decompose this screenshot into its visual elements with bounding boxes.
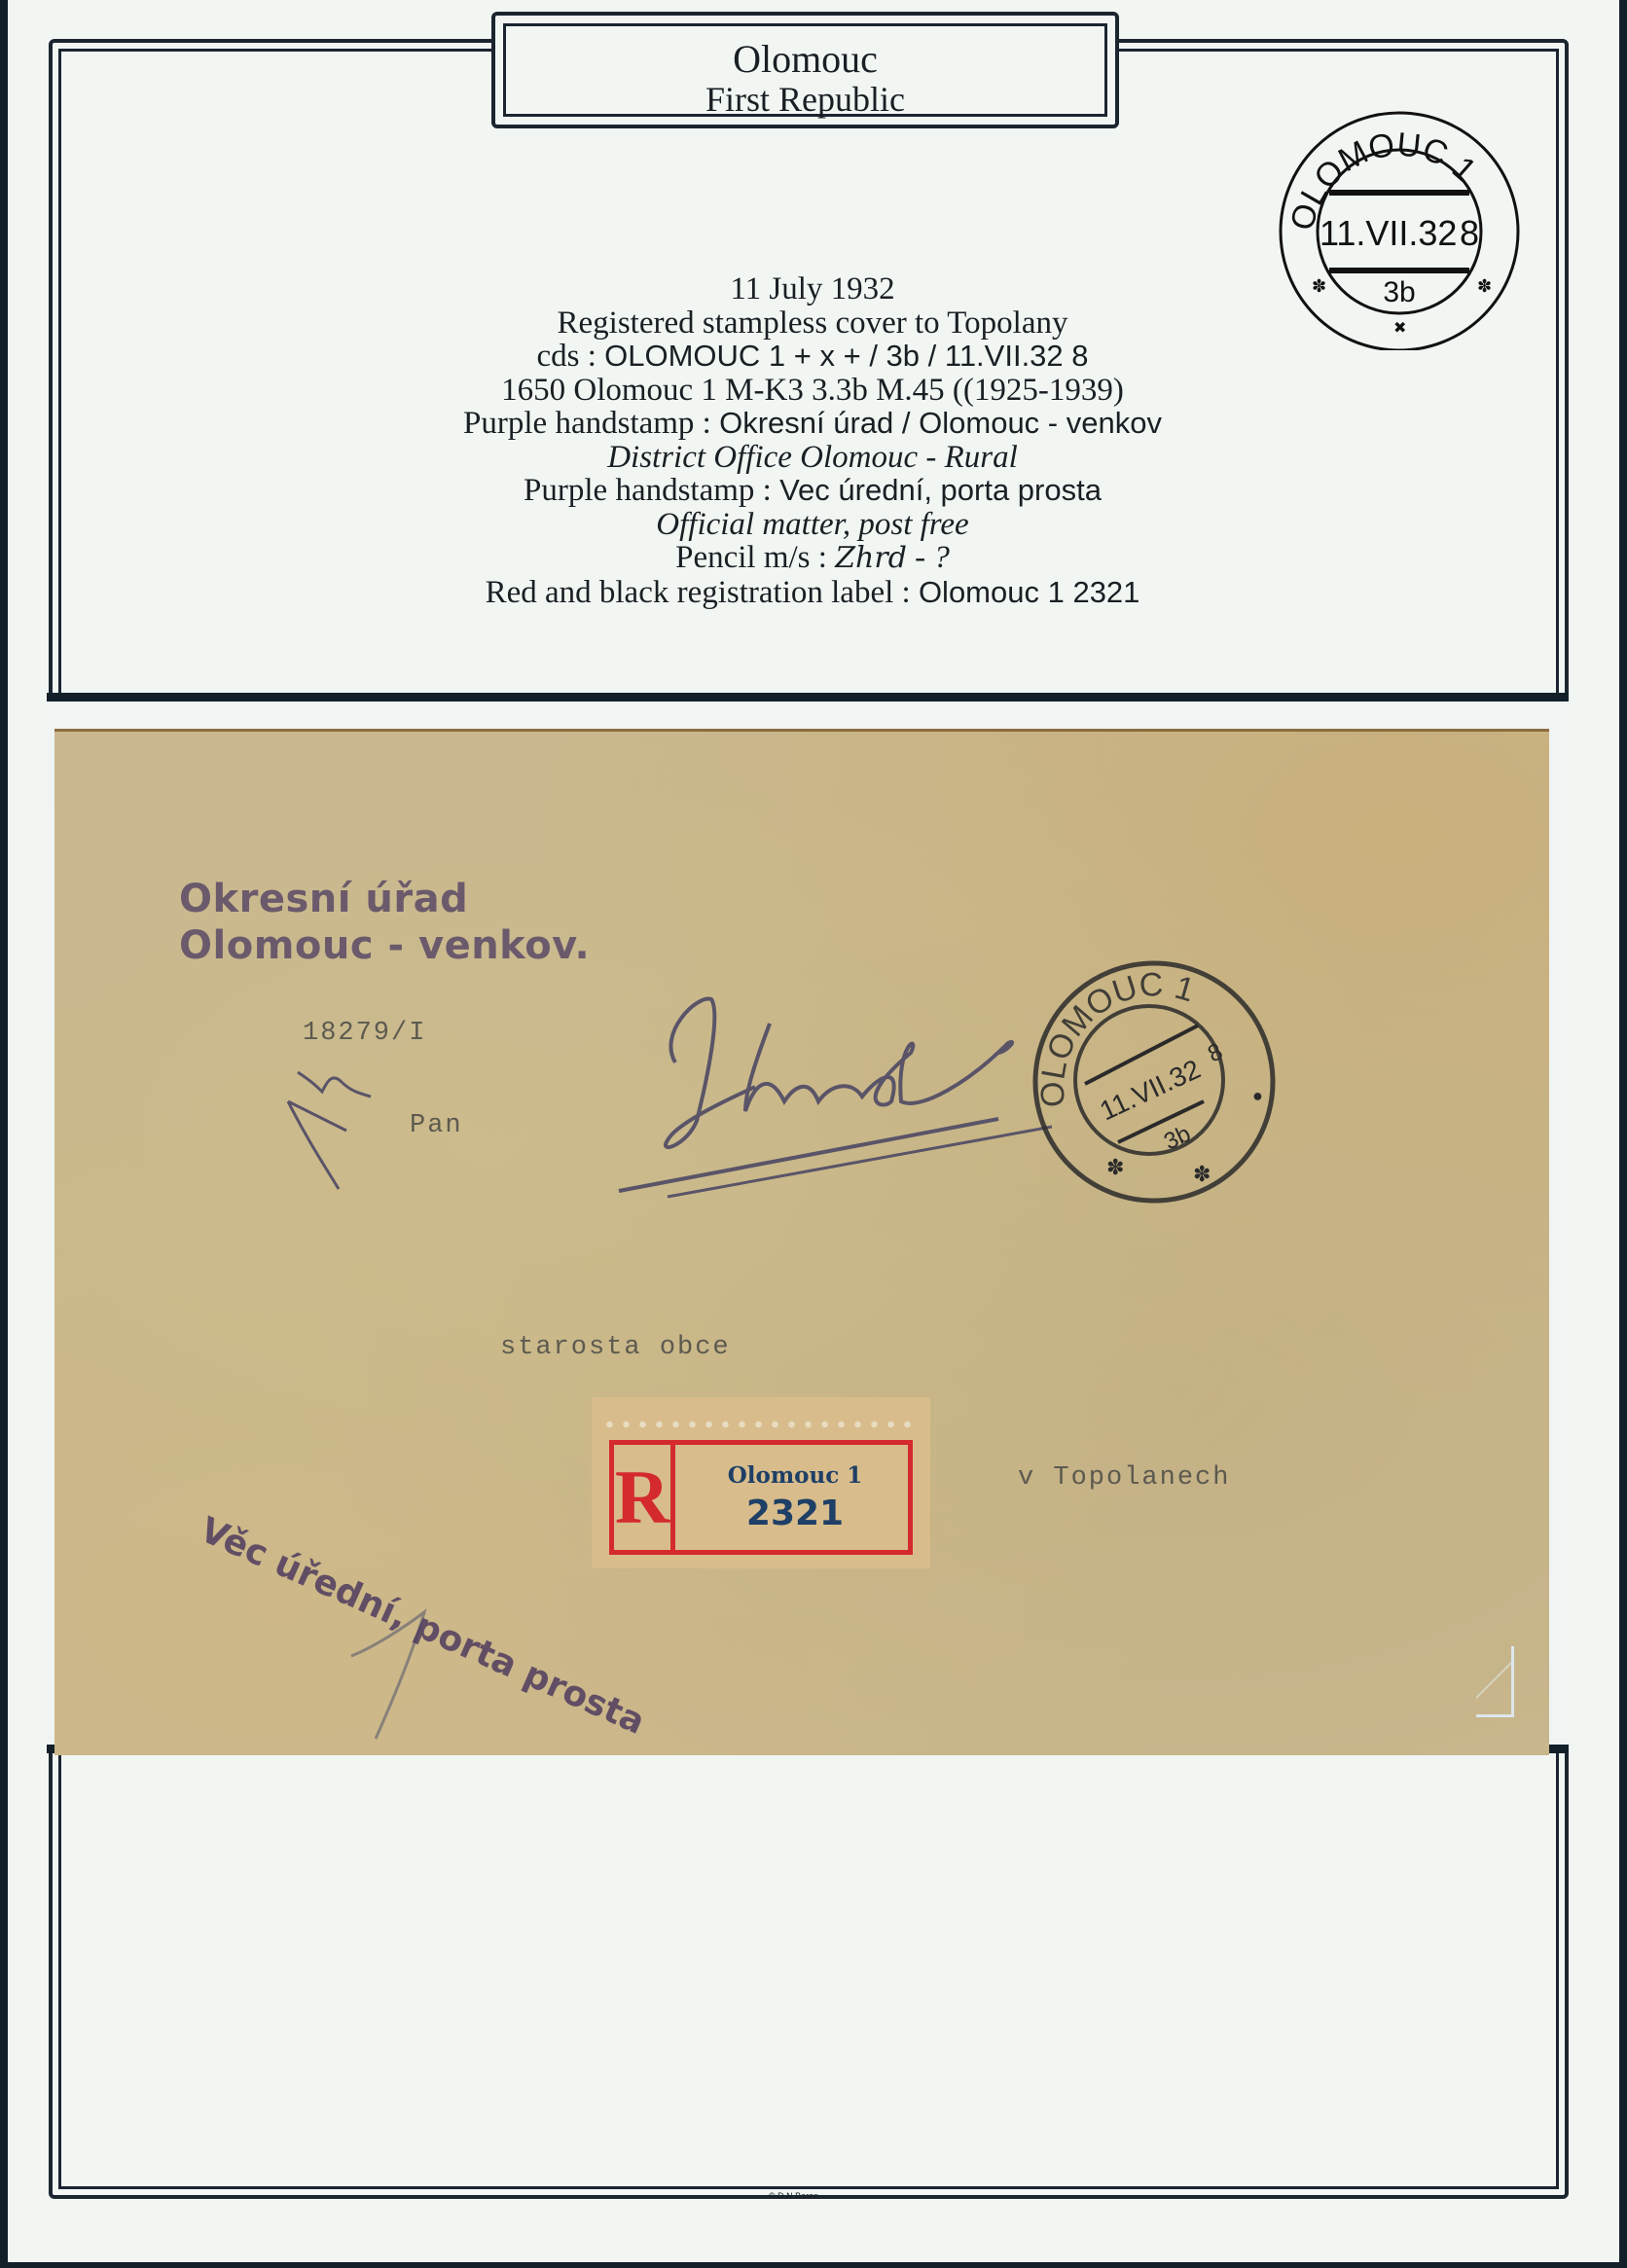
scan-edge-bottom xyxy=(0,2262,1627,2268)
registration-number: 2321 xyxy=(682,1494,908,1533)
pencil-label: Pencil m/s : xyxy=(675,540,835,575)
registration-office: Olomouc 1 xyxy=(682,1462,908,1489)
svg-text:11.VII.32: 11.VII.32 xyxy=(1095,1054,1205,1127)
svg-text:✽: ✽ xyxy=(1193,1162,1211,1186)
scan-edge-left xyxy=(0,0,8,2268)
envelope-cover: Okresní úřad Olomouc - venkov. 18279/I P… xyxy=(54,729,1549,1755)
registration-label: R Olomouc 1 2321 xyxy=(592,1397,930,1568)
svg-text:8: 8 xyxy=(1204,1038,1227,1067)
handstamp-2-value: Vec úrední, porta prosta xyxy=(779,473,1102,507)
description-handstamp-1: Purple handstamp : Okresní úrad / Olomou… xyxy=(272,407,1353,441)
addressee: starosta obce xyxy=(500,1333,731,1362)
registration-label-value: Olomouc 1 2321 xyxy=(919,575,1139,609)
description-catalogue: 1650 Olomouc 1 M-K3 3.3b M.45 ((1925-193… xyxy=(272,374,1353,408)
registration-letter: R xyxy=(615,1455,669,1539)
destination: v Topolanech xyxy=(1018,1463,1230,1493)
page-subtitle: First Republic xyxy=(506,81,1104,118)
cds-label: cds : xyxy=(536,339,604,374)
salutation: Pan xyxy=(410,1111,463,1140)
handstamp-1-label: Purple handstamp : xyxy=(463,406,719,441)
title-box-inner: Olomouc First Republic xyxy=(503,23,1107,117)
handstamp-district-line1: Okresní úřad xyxy=(179,876,590,922)
svg-text:8: 8 xyxy=(1460,213,1479,253)
svg-text:3b: 3b xyxy=(1160,1121,1195,1156)
svg-text:✽: ✽ xyxy=(1477,276,1492,296)
handstamp-1-value: Okresní úrad / Olomouc - venkov xyxy=(719,406,1162,440)
reference-number: 18279/I xyxy=(303,1019,426,1048)
registration-letter-cell: R xyxy=(614,1445,675,1550)
description-date: 11 July 1932 xyxy=(272,272,1353,306)
scan-edge-right xyxy=(1619,0,1627,2268)
description-cds: cds : OLOMOUC 1 + x + / 3b / 11.VII.32 8 xyxy=(272,340,1353,374)
cover-mount: Okresní úřad Olomouc - venkov. 18279/I P… xyxy=(47,693,1569,1753)
description-summary: Registered stampless cover to Topolany xyxy=(272,306,1353,341)
svg-text:11.VII.32: 11.VII.32 xyxy=(1320,213,1457,253)
registration-label-label: Red and black registration label : xyxy=(486,575,919,610)
pencil-suffix: - ? xyxy=(907,540,950,575)
handstamp-district-office: Okresní úřad Olomouc - venkov. xyxy=(179,876,590,969)
description-pencil: Pencil m/s : Zhrd - ? xyxy=(272,541,1353,576)
cover-postmark-icon: OLOMOUC 1 11.VII.32 8 3b ✽ ✽ ● xyxy=(1013,955,1295,1208)
svg-text:3b: 3b xyxy=(1383,276,1415,308)
svg-text:✽: ✽ xyxy=(1106,1155,1124,1179)
svg-text:●: ● xyxy=(1252,1086,1263,1105)
handstamp-district-line2: Olomouc - venkov. xyxy=(179,922,590,969)
description-registration-label: Red and black registration label : Olomo… xyxy=(272,576,1353,610)
page-title: Olomouc xyxy=(506,38,1104,81)
handstamp-2-translation: Official matter, post free xyxy=(272,508,1353,542)
title-box: Olomouc First Republic xyxy=(491,12,1119,128)
handstamp-1-translation: District Office Olomouc - Rural xyxy=(272,441,1353,475)
pencil-signature-icon xyxy=(599,975,1067,1199)
registration-label-frame: R Olomouc 1 2321 xyxy=(609,1440,913,1555)
svg-text:✖: ✖ xyxy=(1393,320,1406,337)
cds-value: OLOMOUC 1 + x + / 3b / 11.VII.32 8 xyxy=(604,339,1088,373)
pencil-value: Zhrd xyxy=(835,541,907,575)
registration-label-perforations xyxy=(601,1421,921,1428)
pencil-numeral-icon xyxy=(278,1062,415,1228)
copyright: © D.N.Baron xyxy=(769,2191,818,2201)
handstamp-2-label: Purple handstamp : xyxy=(524,473,779,508)
description-handstamp-2: Purple handstamp : Vec úrední, porta pro… xyxy=(272,474,1353,508)
mount-corner xyxy=(1476,1646,1514,1717)
cover-description: 11 July 1932 Registered stampless cover … xyxy=(272,272,1353,609)
